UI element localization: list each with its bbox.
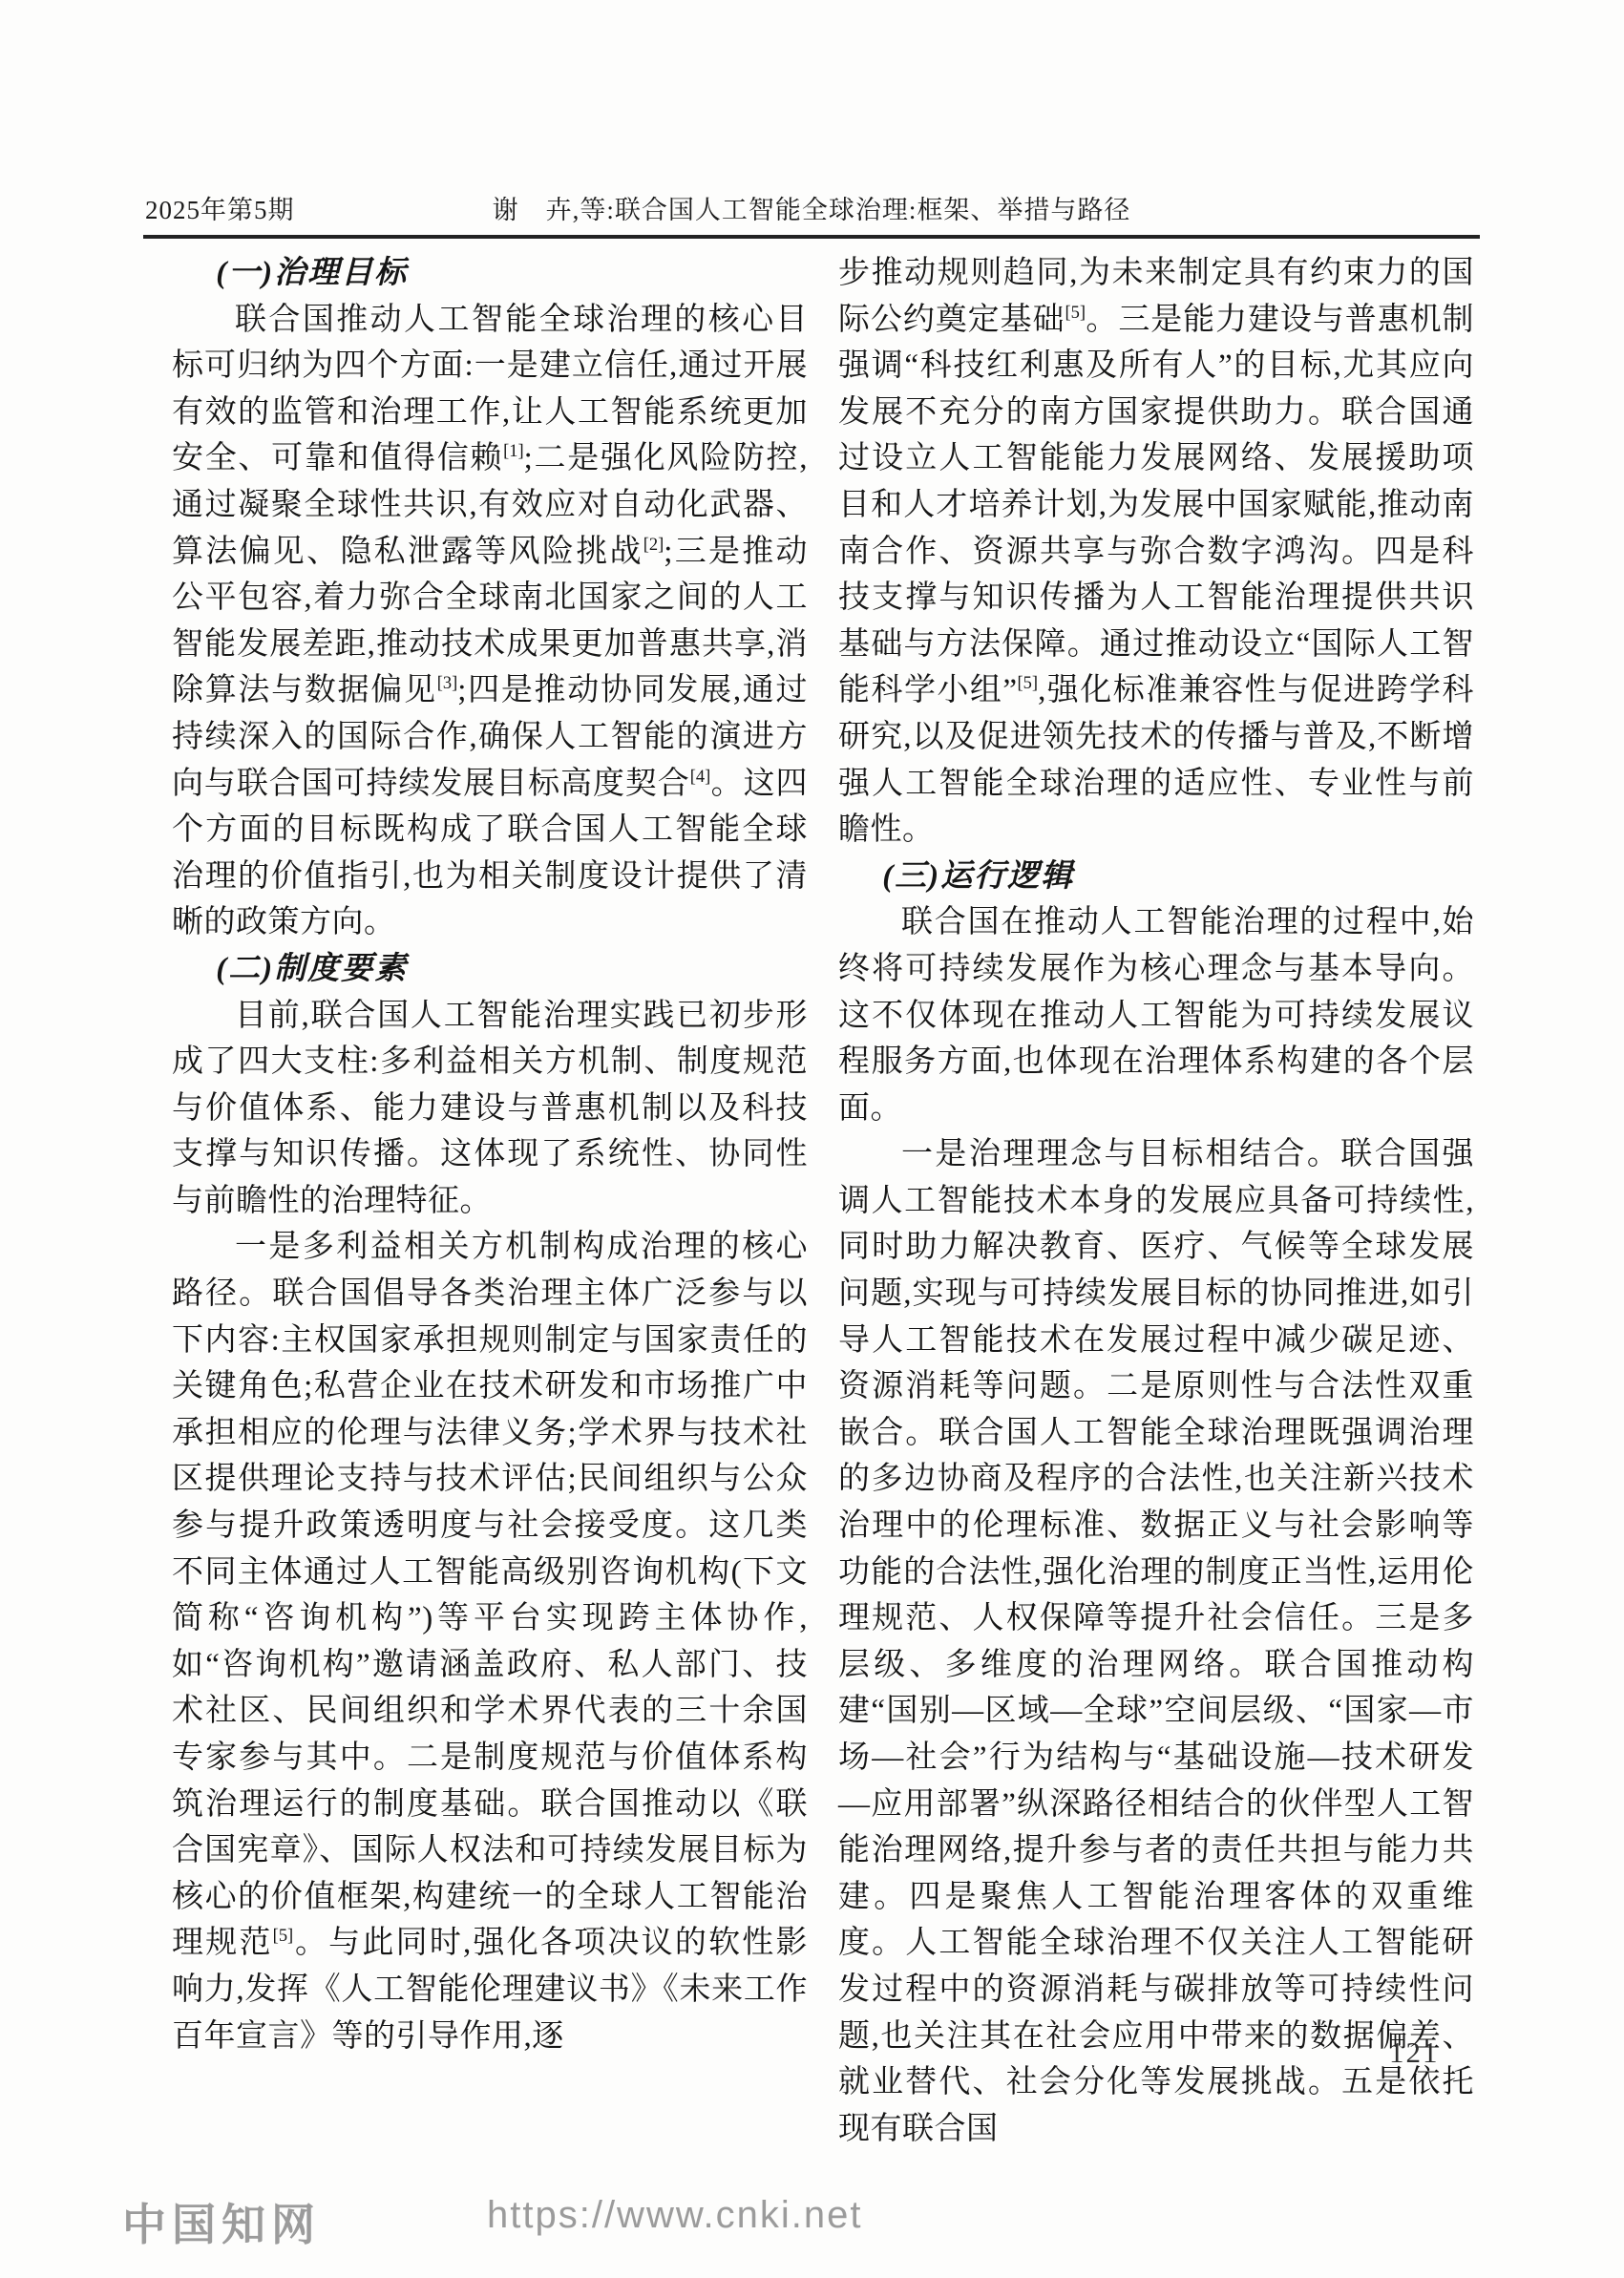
- page-number: 121: [1389, 2035, 1440, 2070]
- citation-ref: [5]: [273, 1926, 294, 1945]
- issue-label: 2025年第5期: [145, 189, 295, 226]
- header-rule: [143, 235, 1480, 239]
- page-header: 2025年第5期 谢 卉,等:联合国人工智能全球治理:框架、举措与路径: [145, 189, 1478, 226]
- cnki-watermark: 中国知网 https://www.cnki.net: [122, 2188, 1459, 2246]
- cnki-logo-text: 中国知网: [122, 2190, 321, 2253]
- paragraph: 步推动规则趋同,为未来制定具有约束力的国际公约奠定基础[5]。三是能力建设与普惠…: [838, 250, 1474, 854]
- paragraph: 一是治理理念与目标相结合。联合国强调人工智能技术本身的发展应具备可持续性,同时助…: [838, 1131, 1474, 2152]
- citation-ref: [2]: [643, 535, 664, 554]
- paragraph: 一是多利益相关方机制构成治理的核心路径。联合国倡导各类治理主体广泛参与以下内容:…: [172, 1224, 808, 2059]
- paragraph: 联合国推动人工智能全球治理的核心目标可归纳为四个方面:一是建立信任,通过开展有效…: [172, 297, 808, 946]
- citation-ref: [3]: [437, 673, 458, 692]
- paragraph: 联合国在推动人工智能治理的过程中,始终将可持续发展作为核心理念与基本导向。这不仅…: [838, 899, 1474, 1131]
- journal-page: { "header": { "issue": "2025年第5期", "runn…: [0, 0, 1624, 2278]
- paragraph: 目前,联合国人工智能治理实践已初步形成了四大支柱:多利益相关方机制、制度规范与价…: [172, 993, 808, 1225]
- section-heading: (二)制度要素: [172, 946, 808, 993]
- cnki-url: https://www.cnki.net: [487, 2194, 862, 2237]
- article-body: (一)治理目标联合国推动人工智能全球治理的核心目标可归纳为四个方面:一是建立信任…: [172, 250, 1474, 2152]
- citation-ref: [1]: [503, 441, 524, 460]
- running-title: 谢 卉,等:联合国人工智能全球治理:框架、举措与路径: [145, 189, 1478, 226]
- citation-ref: [4]: [690, 767, 711, 786]
- section-heading: (一)治理目标: [172, 250, 808, 297]
- section-heading: (三)运行逻辑: [838, 854, 1474, 900]
- left-column: (一)治理目标联合国推动人工智能全球治理的核心目标可归纳为四个方面:一是建立信任…: [172, 250, 808, 2152]
- citation-ref: [5]: [1065, 303, 1086, 322]
- right-column: 步推动规则趋同,为未来制定具有约束力的国际公约奠定基础[5]。三是能力建设与普惠…: [838, 250, 1474, 2152]
- citation-ref: [5]: [1018, 673, 1039, 692]
